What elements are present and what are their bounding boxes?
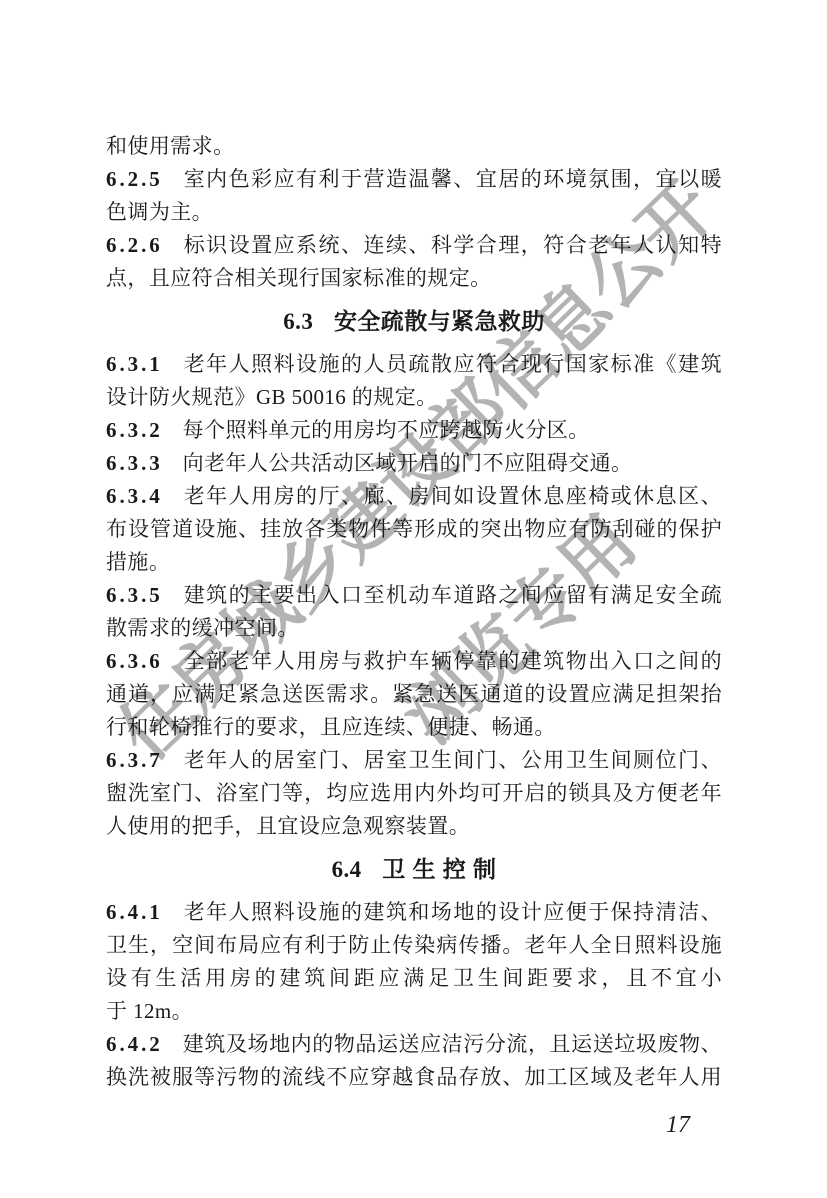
clause-line: 6.3.5建筑的主要出入口至机动车道路之间应留有满足安全疏 [106,579,722,612]
clause-line: 6.2.6标识设置应系统、连续、科学合理，符合老年人认知特 [106,229,722,262]
clause-line: 6.3.6全部老年人用房与救护车辆停靠的建筑物出入口之间的 [106,645,722,678]
clause-number: 6.4.2 [106,1032,163,1056]
clause-number: 6.3.1 [106,352,163,376]
clause-number: 6.3.5 [106,583,163,607]
document-content: 和使用需求。6.2.5室内色彩应有利于营造温馨、宜居的环境氛围，宜以暖色调为主。… [106,130,722,1094]
clause-line: 6.3.7老年人的居室门、居室卫生间门、公用卫生间厕位门、 [106,744,722,777]
clause-line: 6.4.1老年人照料设施的建筑和场地的设计应便于保持清洁、 [106,896,722,929]
clause-line: 设有生活用房的建筑间距应满足卫生间距要求，且不宜小 [106,962,722,995]
clause-line: 措施。 [106,546,722,579]
clause-number: 6.3.2 [106,418,163,442]
clause-number: 6.3.6 [106,649,163,673]
section-heading-title: 安全疏散与紧急救助 [334,308,545,334]
clause-line: 6.3.4老年人用房的厅、廊、房间如设置休息座椅或休息区、 [106,480,722,513]
section-heading-title: 卫 生 控 制 [382,856,496,882]
clause-line: 人使用的把手，且宜设应急观察装置。 [106,810,722,843]
clause-line: 行和轮椅推行的要求，且应连续、便捷、畅通。 [106,711,722,744]
clause-number: 6.4.1 [106,900,163,924]
document-page: 住房城乡建设部信息公开 浏览专用 和使用需求。6.2.5室内色彩应有利于营造温馨… [0,0,827,1198]
clause-line: 于 12m。 [106,995,722,1028]
clause-line: 6.3.2每个照料单元的用房均不应跨越防火分区。 [106,414,722,447]
clause-number: 6.3.7 [106,748,163,772]
clause-line: 布设管道设施、挂放各类物件等形成的突出物应有防刮碰的保护 [106,513,722,546]
clause-line: 盥洗室门、浴室门等，均应选用内外均可开启的锁具及方便老年 [106,777,722,810]
section-heading-number: 6.3 [283,309,313,334]
clause-line: 换洗被服等污物的流线不应穿越食品存放、加工区域及老年人用 [106,1061,722,1094]
clause-line: 6.4.2建筑及场地内的物品运送应洁污分流，且运送垃圾废物、 [106,1028,722,1061]
clause-line: 通道，应满足紧急送医需求。紧急送医通道的设置应满足担架抬 [106,678,722,711]
clause-line: 6.3.3向老年人公共活动区域开启的门不应阻碍交通。 [106,447,722,480]
section-heading: 6.3安全疏散与紧急救助 [106,305,722,338]
clause-line: 点，且应符合相关现行国家标准的规定。 [106,262,722,295]
paragraph-line: 和使用需求。 [106,130,722,163]
clause-line: 色调为主。 [106,196,722,229]
section-heading-number: 6.4 [332,857,362,882]
clause-number: 6.2.5 [106,167,163,191]
clause-line: 6.2.5室内色彩应有利于营造温馨、宜居的环境氛围，宜以暖 [106,163,722,196]
clause-number: 6.2.6 [106,233,163,257]
clause-line: 散需求的缓冲空间。 [106,612,722,645]
clause-number: 6.3.4 [106,484,163,508]
clause-line: 6.3.1老年人照料设施的人员疏散应符合现行国家标准《建筑 [106,348,722,381]
section-heading: 6.4卫 生 控 制 [106,853,722,886]
clause-number: 6.3.3 [106,451,163,475]
page-number: 17 [666,1112,690,1139]
clause-line: 卫生，空间布局应有利于防止传染病传播。老年人全日照料设施 [106,929,722,962]
clause-line: 设计防火规范》GB 50016 的规定。 [106,381,722,414]
